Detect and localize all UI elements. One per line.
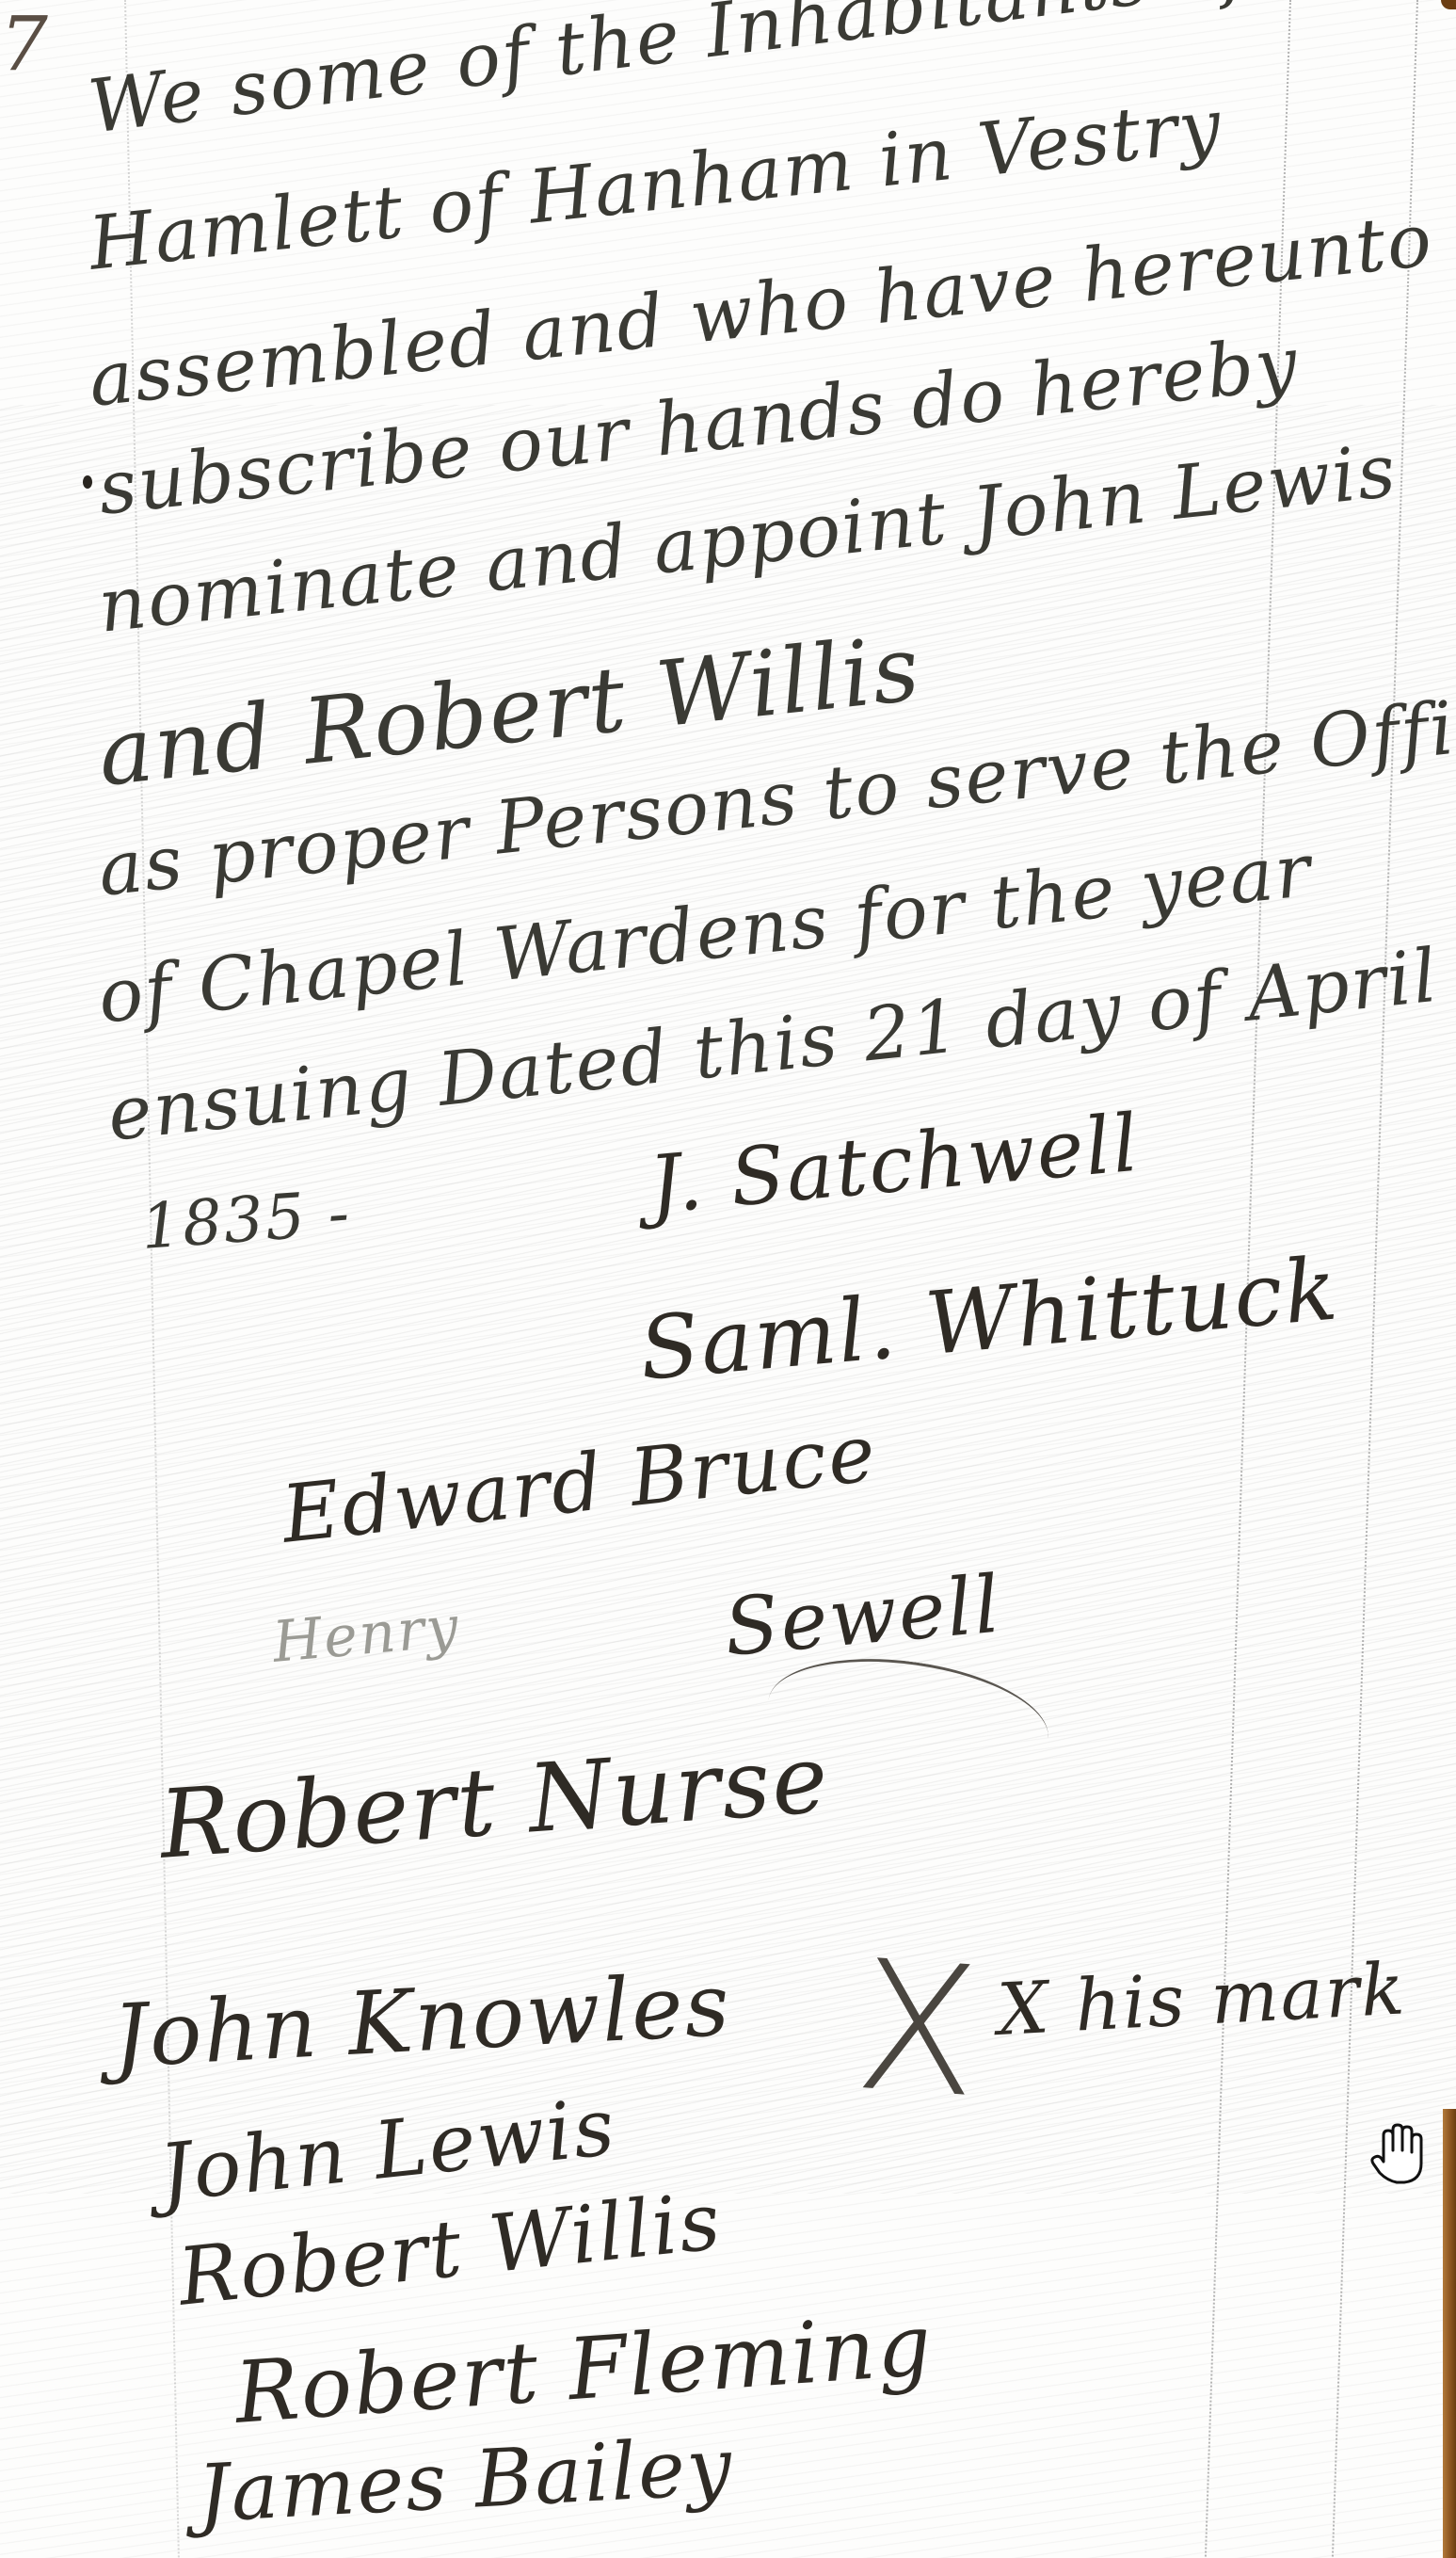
page-edge xyxy=(1443,2109,1456,2558)
body-line-date-year: 1835 - xyxy=(138,1177,353,1263)
signature-satchwell: J. Satchwell xyxy=(646,1097,1144,1231)
signature-sewell: Sewell xyxy=(721,1558,1005,1674)
corner-mark: 7 xyxy=(0,0,50,88)
signature-robert-fleming: Robert Fleming xyxy=(232,2295,936,2443)
corner-smudge xyxy=(1441,0,1456,9)
document-scan: 7 We some of the Inhabitants of the Haml… xyxy=(0,0,1456,2558)
signature-edward-bruce: Edward Bruce xyxy=(278,1407,881,1561)
his-mark-label: X his mark xyxy=(996,1946,1409,2051)
signature-john-knowles: John Knowles xyxy=(110,1955,733,2087)
hand-grab-cursor-icon xyxy=(1370,2122,1427,2188)
x-mark: X xyxy=(849,1922,985,2138)
signature-faint-illegible: Henry xyxy=(270,1594,462,1676)
signature-whittuck: Saml. Whittuck xyxy=(635,1238,1342,1400)
ink-dot xyxy=(83,475,92,489)
signature-robert-nurse: Robert Nurse xyxy=(156,1723,833,1879)
